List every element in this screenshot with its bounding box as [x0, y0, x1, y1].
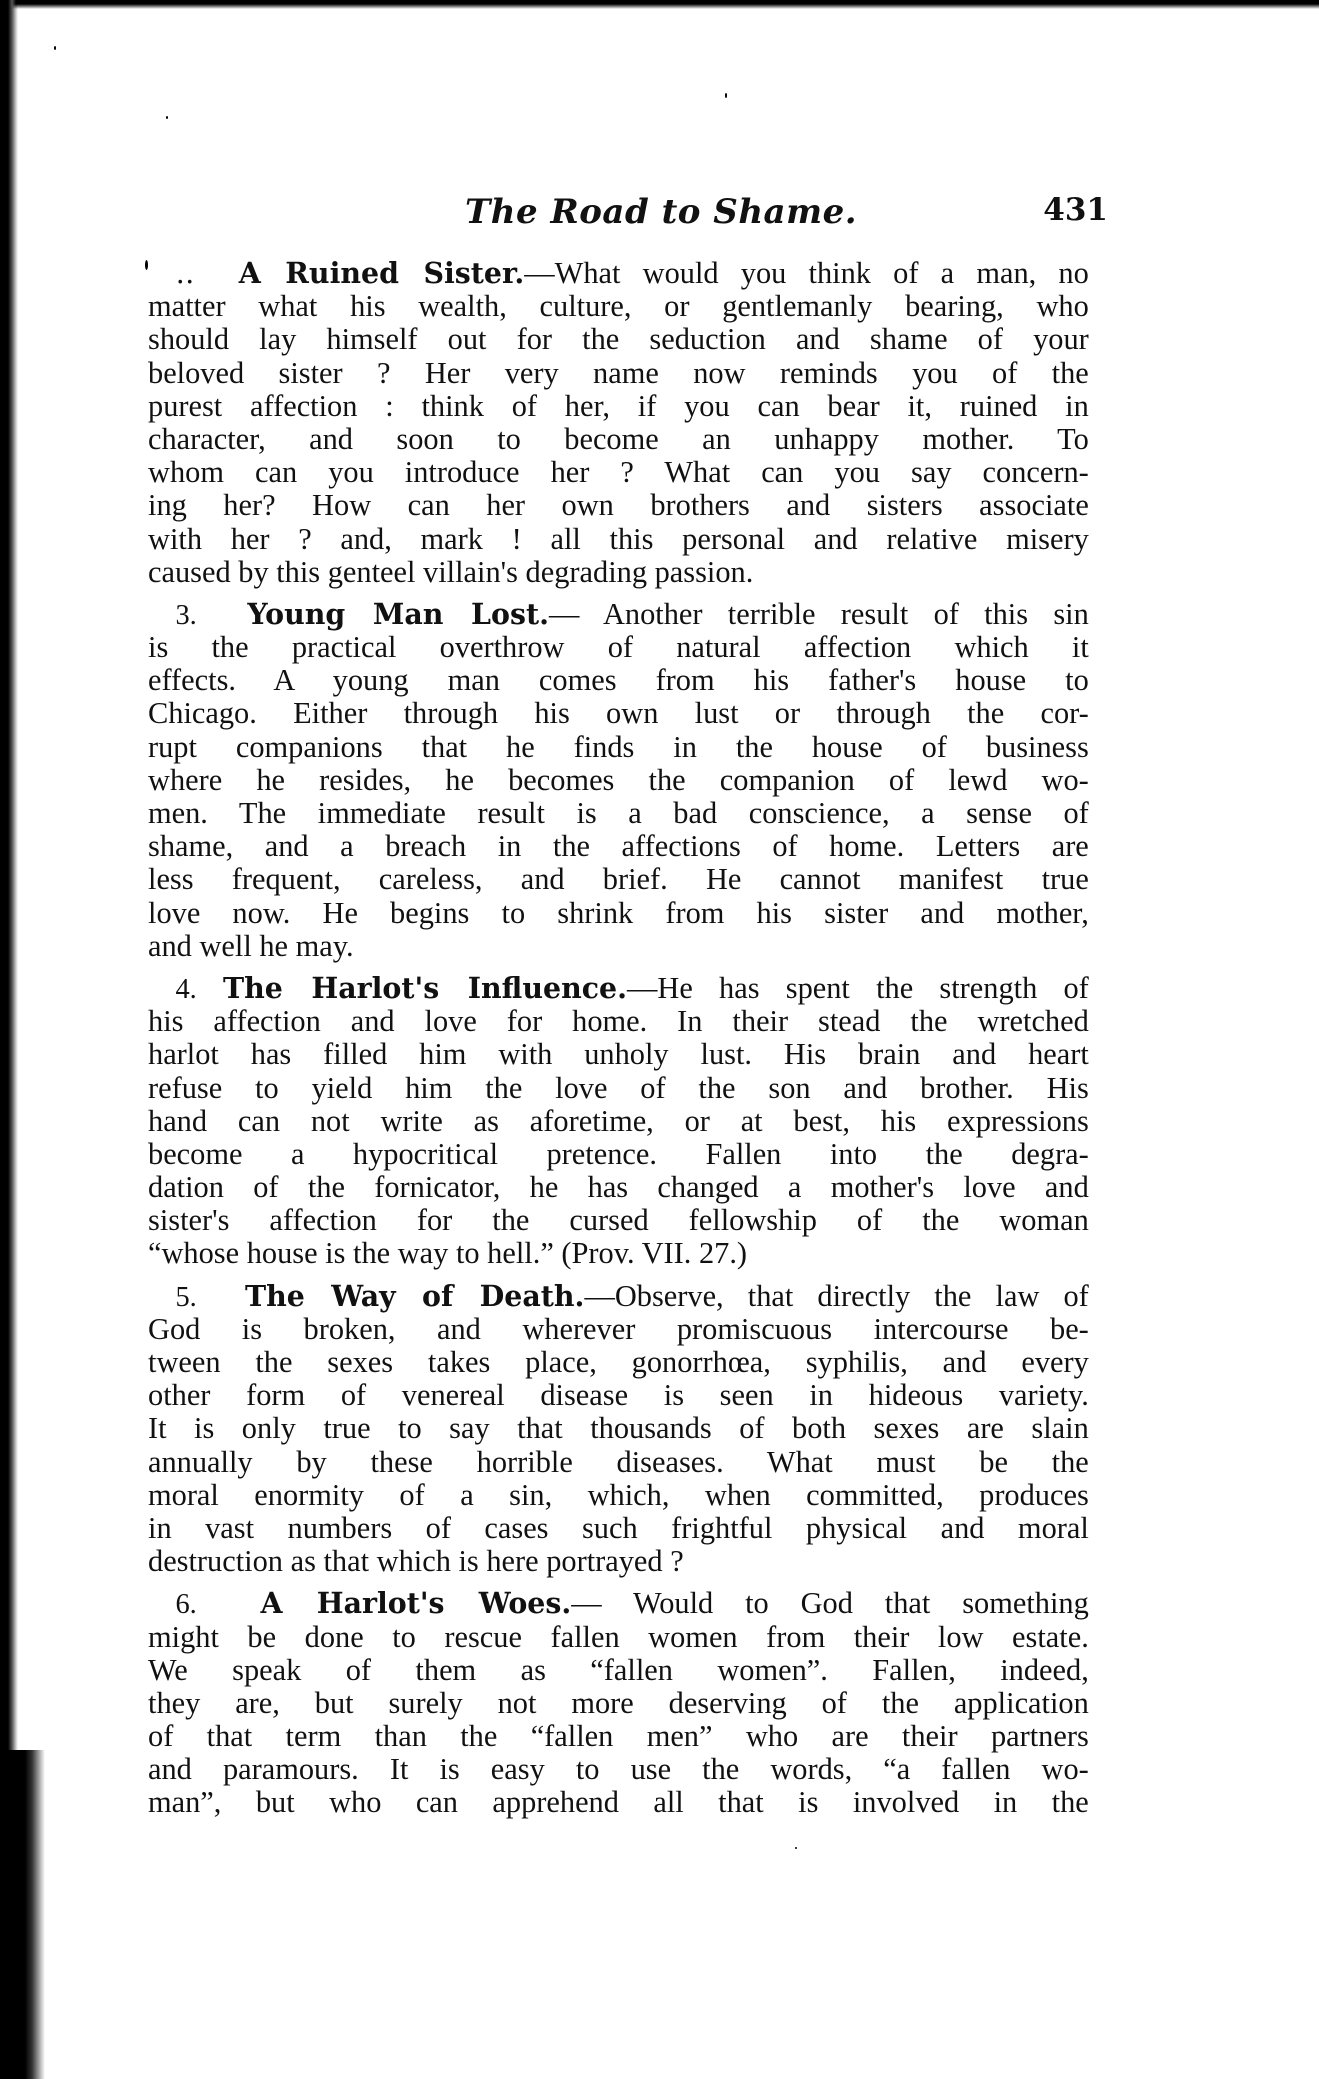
- section-heading: Young Man Lost.: [247, 597, 549, 631]
- text-line: and well he may.: [148, 929, 1089, 962]
- text-line: harlot has filled him with unholy lust. …: [148, 1037, 1089, 1070]
- page-number: 431: [1043, 192, 1108, 228]
- text-line: 6. A Harlot's Woes.— Would to God that s…: [148, 1586, 1089, 1619]
- section-heading: The Way of Death.: [245, 1279, 584, 1313]
- section-young-man-lost: 3. Young Man Lost.— Another terrible res…: [148, 597, 1108, 962]
- text-line: hand can not write as aforetime, or at b…: [148, 1104, 1089, 1137]
- text-line: in vast numbers of cases such frightful …: [148, 1511, 1089, 1544]
- text-line: is the practical overthrow of natural af…: [148, 630, 1089, 663]
- scan-binding-edge-lower: [0, 1750, 45, 2079]
- text-line: Chicago. Either through his own lust or …: [148, 696, 1089, 729]
- scan-speck: [166, 116, 168, 119]
- section-way-of-death: 5. The Way of Death.—Observe, that direc…: [148, 1279, 1108, 1578]
- text-line: sister's affection for the cursed fellow…: [148, 1203, 1089, 1236]
- text-line: of that term than the “fallen men” who a…: [148, 1719, 1089, 1752]
- text-line: become a hypocritical pretence. Fallen i…: [148, 1137, 1089, 1170]
- page-body: ‥ A Ruined Sister.—What would you think …: [148, 256, 1108, 1828]
- section-heading: A Ruined Sister.: [239, 256, 525, 290]
- scan-speck: [725, 93, 727, 98]
- running-head: The Road to Shame. 431: [148, 192, 1108, 234]
- text-line: “whose house is the way to hell.” (Prov.…: [148, 1236, 1089, 1269]
- text-line: ‥ A Ruined Sister.—What would you think …: [148, 256, 1089, 289]
- text-line: God is broken, and wherever promiscuous …: [148, 1312, 1089, 1345]
- text-line: whom can you introduce her ? What can yo…: [148, 455, 1089, 488]
- section-number: ‥: [175, 258, 194, 290]
- text-line: 3. Young Man Lost.— Another terrible res…: [148, 597, 1089, 630]
- text-line: man”, but who can apprehend all that is …: [148, 1785, 1089, 1818]
- text-line: they are, but surely not more deserving …: [148, 1686, 1089, 1719]
- text-line: shame, and a breach in the affections of…: [148, 829, 1089, 862]
- text-line: purest affection : think of her, if you …: [148, 389, 1089, 422]
- text-line: annually by these horrible diseases. Wha…: [148, 1445, 1089, 1478]
- text-line: It is only true to say that thousands of…: [148, 1411, 1089, 1444]
- running-title: The Road to Shame.: [465, 192, 857, 232]
- scan-speck: [145, 260, 148, 270]
- text-line: 4. The Harlot's Influence.—He has spent …: [148, 971, 1089, 1004]
- text-line: character, and soon to become an unhappy…: [148, 422, 1089, 455]
- text-line: We speak of them as “fallen women”. Fall…: [148, 1653, 1089, 1686]
- text-line: effects. A young man comes from his fath…: [148, 663, 1089, 696]
- text-line: should lay himself out for the seduction…: [148, 322, 1089, 355]
- text-line: dation of the fornicator, he has changed…: [148, 1170, 1089, 1203]
- section-heading: A Harlot's Woes.: [261, 1586, 572, 1620]
- text-line: might be done to rescue fallen women fro…: [148, 1620, 1089, 1653]
- text-line: men. The immediate result is a bad consc…: [148, 796, 1089, 829]
- text-line: 5. The Way of Death.—Observe, that direc…: [148, 1279, 1089, 1312]
- text-line: ing her? How can her own brothers and si…: [148, 488, 1089, 521]
- text-line: refuse to yield him the love of the son …: [148, 1071, 1089, 1104]
- text-line: and paramours. It is easy to use the wor…: [148, 1752, 1089, 1785]
- section-number: 6.: [175, 1588, 196, 1620]
- scan-speck: [795, 1847, 797, 1849]
- text-line: matter what his wealth, culture, or gent…: [148, 289, 1089, 322]
- section-harlots-influence: 4. The Harlot's Influence.—He has spent …: [148, 971, 1108, 1270]
- text-line: other form of venereal disease is seen i…: [148, 1378, 1089, 1411]
- scan-top-border: [0, 0, 1319, 9]
- text-line: tween the sexes takes place, gonorrhœa, …: [148, 1345, 1089, 1378]
- text-line: destruction as that which is here portra…: [148, 1544, 1089, 1577]
- text-line: moral enormity of a sin, which, when com…: [148, 1478, 1089, 1511]
- section-harlots-woes: 6. A Harlot's Woes.— Would to God that s…: [148, 1586, 1108, 1818]
- text-line: with her ? and, mark ! all this personal…: [148, 522, 1089, 555]
- text-line: beloved sister ? Her very name now remin…: [148, 356, 1089, 389]
- text-line: love now. He begins to shrink from his s…: [148, 896, 1089, 929]
- section-number: 5.: [175, 1281, 196, 1313]
- scan-speck: [54, 46, 56, 50]
- section-ruined-sister: ‥ A Ruined Sister.—What would you think …: [148, 256, 1108, 588]
- text-line: less frequent, careless, and brief. He c…: [148, 862, 1089, 895]
- text-line: his affection and love for home. In thei…: [148, 1004, 1089, 1037]
- text-line: where he resides, he becomes the compani…: [148, 763, 1089, 796]
- section-heading: The Harlot's Influence.: [223, 971, 627, 1005]
- text-line: rupt companions that he finds in the hou…: [148, 730, 1089, 763]
- section-number: 3.: [175, 599, 196, 631]
- text-line: caused by this genteel villain's degradi…: [148, 555, 1089, 588]
- section-number: 4.: [175, 973, 196, 1005]
